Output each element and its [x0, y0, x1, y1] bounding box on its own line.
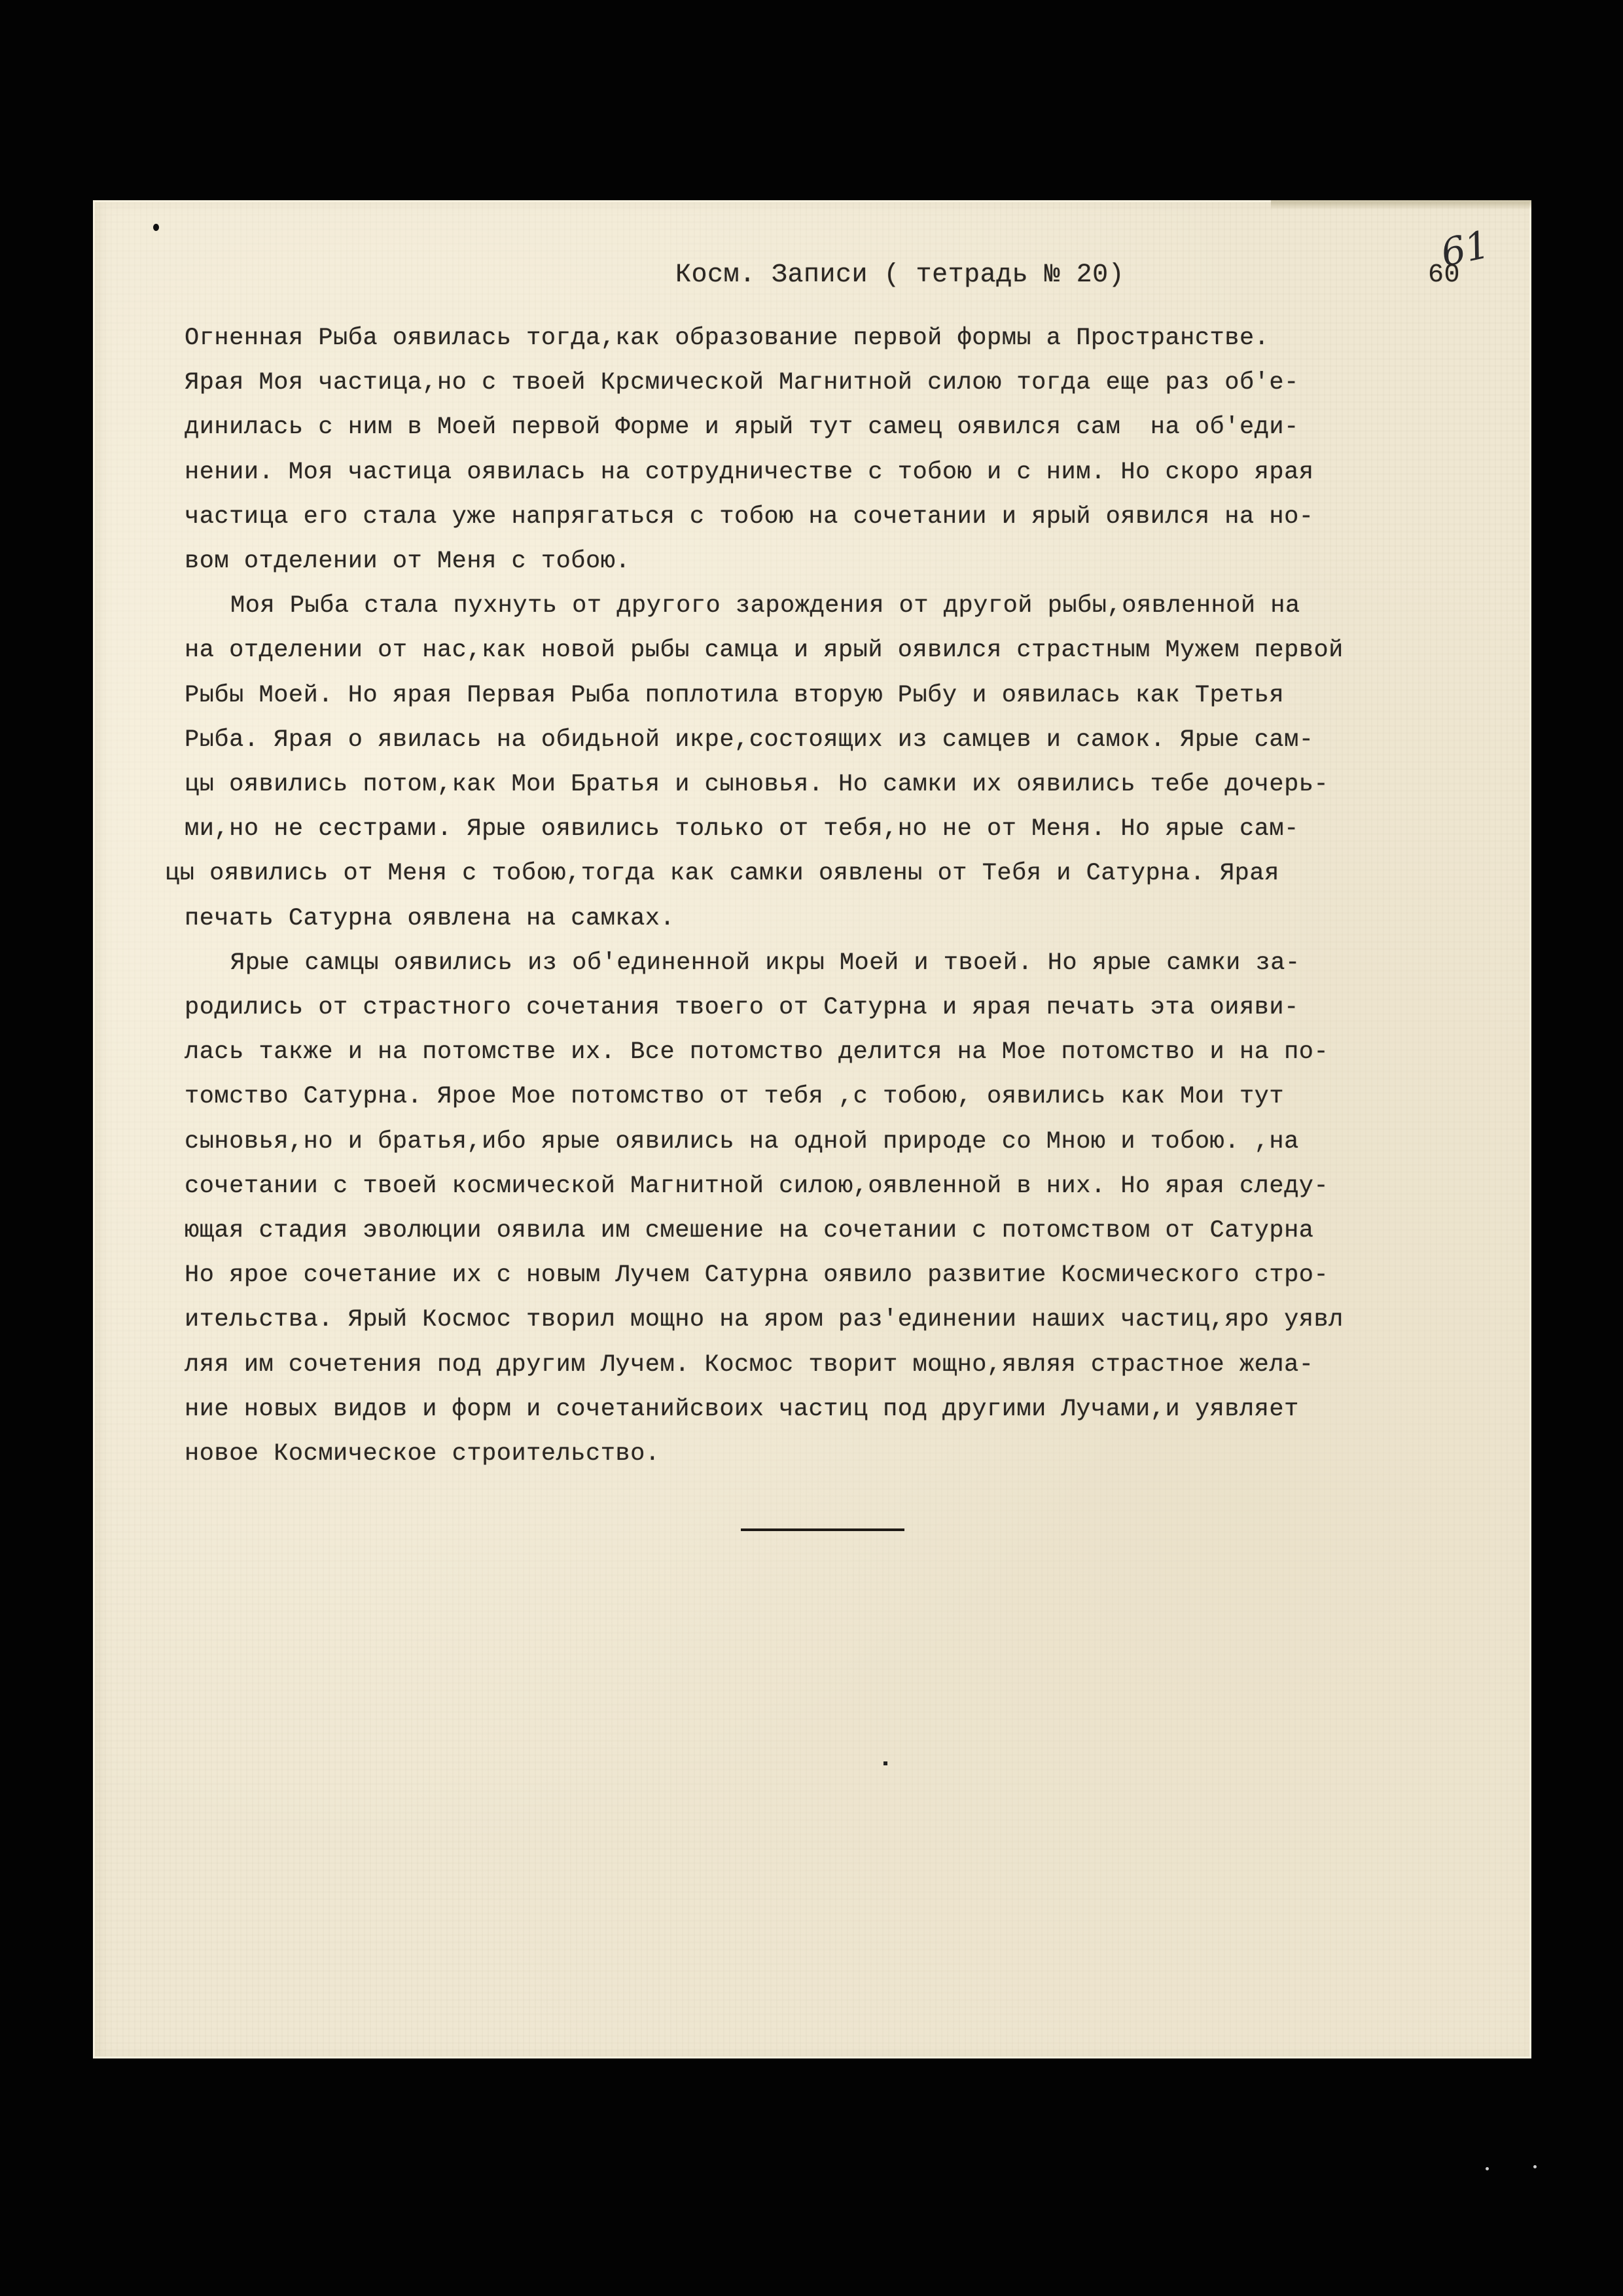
scan-speck — [1533, 2165, 1537, 2168]
text-line: нении. Моя частица оявилась на сотруднич… — [185, 459, 1313, 486]
text-line: Рыба. Ярая о явилась на обидьной икре,со… — [185, 726, 1313, 754]
text-line: ительства. Ярый Космос творил мощно на я… — [185, 1306, 1344, 1333]
text-line: сочетании с твоей космической Магнитной … — [185, 1173, 1329, 1200]
ink-speck — [883, 1761, 887, 1765]
text-line: родились от страстного сочетания твоего … — [185, 994, 1299, 1021]
text-line: ляя им сочетения под другим Лучем. Космо… — [185, 1351, 1313, 1379]
text-line: ющая стадия эволюции оявила им смешение … — [185, 1217, 1313, 1245]
text-line: новое Космическое строительство. — [185, 1440, 660, 1468]
text-line: Рыбы Моей. Но ярая Первая Рыба поплотила… — [185, 682, 1284, 709]
end-of-section-divider — [741, 1528, 904, 1531]
text-line: томство Сатурна. Ярое Мое потомство от т… — [185, 1083, 1284, 1110]
text-line: на отделении от нас,как новой рыбы самца… — [185, 637, 1344, 664]
text-line: Ярые самцы оявились из об'единенной икры… — [230, 949, 1300, 977]
text-line: Но ярое сочетание их с новым Лучем Сатур… — [185, 1262, 1329, 1289]
text-line: печать Сатурна оявлена на самках. — [185, 905, 675, 932]
text-line: ние новых видов и форм и сочетанийсвоих … — [185, 1396, 1299, 1423]
text-line: лась также и на потомстве их. Все потомс… — [185, 1038, 1329, 1066]
document-header-title: Косм. Записи ( тетрадь № 20) — [675, 260, 1124, 290]
scan-speck — [1486, 2167, 1489, 2170]
text-line: Ярая Моя частица,но с твоей Крсмической … — [185, 369, 1299, 397]
text-line: Моя Рыба стала пухнуть от другого зарожд… — [230, 592, 1300, 620]
text-line: цы оявились потом,как Мои Братья и сынов… — [185, 771, 1329, 798]
text-line: Огненная Рыба оявилась тогда,как образов… — [185, 325, 1269, 352]
text-line: вом отделении от Меня с тобою. — [185, 548, 630, 575]
text-line: ми,но не сестрами. Ярые оявились только … — [185, 815, 1299, 843]
text-line: сыновья,но и братья,ибо ярые оявились на… — [185, 1128, 1299, 1156]
text-line: цы оявились от Меня с тобою,тогда как са… — [165, 860, 1279, 887]
document-page: 61 Косм. Записи ( тетрадь № 20) 60 Огнен… — [93, 200, 1531, 2058]
text-line: динилась с ним в Моей первой Форме и яры… — [185, 414, 1299, 441]
paper-stain — [1271, 200, 1531, 209]
margin-ink-dot — [153, 224, 159, 231]
text-line: частица его стала уже напрягаться с тобо… — [185, 503, 1313, 531]
typed-page-number: 60 — [1428, 260, 1460, 290]
